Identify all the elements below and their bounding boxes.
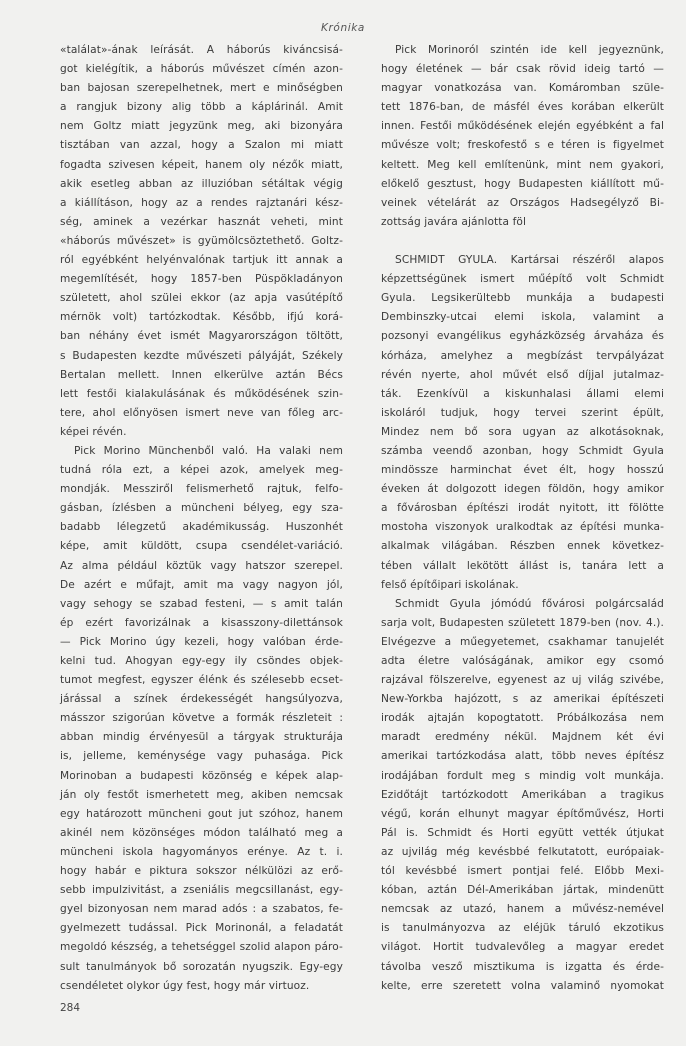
- text-line: megoldó készség, a tehetséggel szolid al…: [60, 938, 343, 957]
- text-line: megemlítését, hogy 1857-ben Püspökladány…: [60, 270, 343, 289]
- text-line: mérnök volt) tartózkodtak. Később, ifjú …: [60, 308, 343, 327]
- text-line: Elvégezve a műegyetemet, csakhamar tanuj…: [381, 633, 664, 652]
- text-line: nemcsak az utazó, hanem a művész-nemével: [381, 900, 664, 919]
- text-line: világot. Hortit tudvalevőleg a magyar er…: [381, 938, 664, 957]
- text-line: gyelmezett tudással. Pick Morinonál, a f…: [60, 919, 343, 938]
- text-line: innen. Festői működésének elején egyébké…: [381, 117, 664, 136]
- text-line: Pick Morino Münchenből való. Ha valaki n…: [60, 442, 343, 461]
- text-line: lett festői kialakulásának és működéséne…: [60, 385, 343, 404]
- text-line: magyar vonatkozása van. Komáromban szüle…: [381, 79, 664, 98]
- text-line: SCHMIDT GYULA. Kartársai részéről alapos: [381, 251, 664, 270]
- text-line: s Budapesten kezdte művészeti pályáját, …: [60, 347, 343, 366]
- text-line: előkelő gesztust, hogy Budapesten kiállí…: [381, 175, 664, 194]
- text-line: képei révén.: [60, 423, 343, 442]
- text-line: mostoha viszonyok uralkodtak az építési …: [381, 518, 664, 537]
- text-line: Pál is. Schmidt és Horti együtt vették ú…: [381, 824, 664, 843]
- paragraph-gap: [381, 232, 664, 251]
- text-line: kelni tud. Ahogyan egy-egy ily csöndes o…: [60, 652, 343, 671]
- text-line: pozsonyi evangélikus egyházközség árvahá…: [381, 327, 664, 346]
- right-column: Pick Morinoról szintén ide kell jegyeznü…: [381, 41, 664, 996]
- text-line: got kielégítik, a háborús művészet címén…: [60, 60, 343, 79]
- text-line: járással a színek érdekességét hangsúlyo…: [60, 690, 343, 709]
- page-number: 284: [60, 1002, 80, 1014]
- text-line: ták. Ezenkívül a kiskunhalasi állami ele…: [381, 385, 664, 404]
- text-line: müncheni iskola hagyományos erénye. Az t…: [60, 843, 343, 862]
- text-line: számba veendő azonban, hogy Schmidt Gyul…: [381, 442, 664, 461]
- text-line: csendéletet olykor úgy fest, hogy már vi…: [60, 977, 343, 996]
- text-line: mondják. Messziről felismerhető rajtuk, …: [60, 480, 343, 499]
- running-header: Krónika: [0, 22, 686, 34]
- text-line: irodák ajtaján kopogtatott. Próbálkozása…: [381, 709, 664, 728]
- text-line: egy határozott müncheni gout jut szóhoz,…: [60, 805, 343, 824]
- text-line: másszor szigorúan követve a formák részl…: [60, 709, 343, 728]
- text-line: a fővárosban építészi irodát nyitott, it…: [381, 499, 664, 518]
- text-line: irodájában fordult meg s mindig volt mun…: [381, 767, 664, 786]
- text-line: maradt eredmény nékül. Majdnem két évi: [381, 728, 664, 747]
- text-line: gásban, ízlésben a müncheni bélyeg, egy …: [60, 499, 343, 518]
- text-line: keltett. Meg kell említenünk, mint nem g…: [381, 156, 664, 175]
- text-line: Az alma például köztük vagy hatszor szer…: [60, 557, 343, 576]
- text-line: amerikai tartózkodása alatt, több neves …: [381, 747, 664, 766]
- text-line: végű, korán elhunyt magyar építőművész, …: [381, 805, 664, 824]
- text-line: «találat»-ának leírását. A háborús kiván…: [60, 41, 343, 60]
- text-line: Bertalan mellett. Innen elkerülve aztán …: [60, 366, 343, 385]
- text-line: Ezidőtájt tartózkodott Amerikában a trag…: [381, 786, 664, 805]
- text-line: alkalmak világában. Részben ennek követk…: [381, 537, 664, 556]
- text-line: «háborús művészet» is gyümölcsöztethető.…: [60, 232, 343, 251]
- text-line: nem Goltz miatt jegyzünk meg, aki bizony…: [60, 117, 343, 136]
- text-line: tében vállalt lekötött állást is, tanára…: [381, 557, 664, 576]
- text-line: rajzával fölszerelve, egyenest az uj vil…: [381, 671, 664, 690]
- text-line: tól kevésbbé ismert pontjai felé. Előbb …: [381, 862, 664, 881]
- text-line: Morinoban a budapesti közönség e képek a…: [60, 767, 343, 786]
- text-line: abban mindig érvényesül a tárgyak strukt…: [60, 728, 343, 747]
- text-line: akinél nem közönséges módon található me…: [60, 824, 343, 843]
- text-line: tudná róla ezt, a képei azok, amelyek me…: [60, 461, 343, 480]
- text-line: tere, ahol előnyösen ismert neve van fől…: [60, 404, 343, 423]
- text-line: New-Yorkba hajózott, s az amerikai építé…: [381, 690, 664, 709]
- text-line: felső építőipari iskolának.: [381, 576, 664, 595]
- text-line: tumot megfest, egyszer élénk és széleseb…: [60, 671, 343, 690]
- text-line: Gyula. Legsikerültebb munkája a budapest…: [381, 289, 664, 308]
- text-line: Dembinszky-utcai elemi iskola, valamint …: [381, 308, 664, 327]
- text-line: Schmidt Gyula jómódú fővárosi polgárcsal…: [381, 595, 664, 614]
- text-line: Mindez nem bő sora ugyan az alkotásoknak…: [381, 423, 664, 442]
- text-line: veinek vételárát az Országos Hadsegélyző…: [381, 194, 664, 213]
- text-line: mindössze harminchat évet élt, hogy hoss…: [381, 461, 664, 480]
- text-line: sult tanulmányok bő sorozatán nyugszik. …: [60, 958, 343, 977]
- text-line: sebb impulzivitást, a zseniális megcsill…: [60, 881, 343, 900]
- text-line: ség, aminek a vezérkar hasznát veheti, m…: [60, 213, 343, 232]
- text-line: Pick Morinoról szintén ide kell jegyeznü…: [381, 41, 664, 60]
- text-line: akik esetleg abban az illuzióban sétálta…: [60, 175, 343, 194]
- text-line: képzettségünek ismert műépítő volt Schmi…: [381, 270, 664, 289]
- text-line: művésze volt; freskofestő s e téren is f…: [381, 136, 664, 155]
- text-line: gyel bizonyosan nem marad adós : a szaba…: [60, 900, 343, 919]
- text-line: született, ahol szülei ekkor (az apja va…: [60, 289, 343, 308]
- text-line: az ujvilág még kevésbbé felkutatott, eur…: [381, 843, 664, 862]
- text-line: ban bajosan szerepelhetnek, mert e minős…: [60, 79, 343, 98]
- text-line: zottság javára ajánlotta föl: [381, 213, 664, 232]
- text-line: tisztában van azzal, hogy a Szalon mi mi…: [60, 136, 343, 155]
- text-line: éveken át dolgozott idegen földön, hogy …: [381, 480, 664, 499]
- text-line: ban néhány évet ismét Magyarországon töl…: [60, 327, 343, 346]
- text-line: badabb lélegzetű akadémikusság. Huszonhé…: [60, 518, 343, 537]
- text-line: — Pick Morino úgy kezeli, hogy valóban é…: [60, 633, 343, 652]
- text-line: ján oly festőt ismerhetett meg, akiben n…: [60, 786, 343, 805]
- text-line: is, jelleme, keménysége vagy puhasága. P…: [60, 747, 343, 766]
- text-line: ép ezért favorizálnak a kisasszony-dilet…: [60, 614, 343, 633]
- text-line: iskoláról tudjuk, hogy tervei szerint ép…: [381, 404, 664, 423]
- text-line: képe, amit küldött, csupa csendélet-vari…: [60, 537, 343, 556]
- text-line: kóban, aztán Dél-Amerikában jártak, mind…: [381, 881, 664, 900]
- text-line: hogy életének — bár csak rövid ideig tar…: [381, 60, 664, 79]
- text-line: adta életre valóságának, amikor egy csom…: [381, 652, 664, 671]
- text-line: távolba vesző misztikuma is izgatta és é…: [381, 958, 664, 977]
- text-line: tett 1876-ban, de másfél éves korában el…: [381, 98, 664, 117]
- left-column: «találat»-ának leírását. A háborús kiván…: [60, 41, 343, 996]
- text-line: is tanulmányozva az eléjük táruló ekzoti…: [381, 919, 664, 938]
- text-line: révén nyerte, ahol művét első díjjal jut…: [381, 366, 664, 385]
- text-line: fogadta szivesen képeit, hanem oly nézők…: [60, 156, 343, 175]
- text-line: De azért e műfajt, amit ma vagy nagyon j…: [60, 576, 343, 595]
- text-line: kórháza, amelyhez a megbízást tervpályáz…: [381, 347, 664, 366]
- text-line: vagy sehogy se szabad festeni, — s amit …: [60, 595, 343, 614]
- text-line: a kiállításon, hogy az a rendes rajztaná…: [60, 194, 343, 213]
- text-line: sarja volt, Budapesten született 1879-be…: [381, 614, 664, 633]
- text-line: a rangjuk bizony alig több a káplárinál.…: [60, 98, 343, 117]
- text-line: ról egyébként helyénvalónak tartjuk itt …: [60, 251, 343, 270]
- text-line: hogy habár e piktura sokszor nélkülözi a…: [60, 862, 343, 881]
- text-line: kelte, erre szeretett volna valaminő nyo…: [381, 977, 664, 996]
